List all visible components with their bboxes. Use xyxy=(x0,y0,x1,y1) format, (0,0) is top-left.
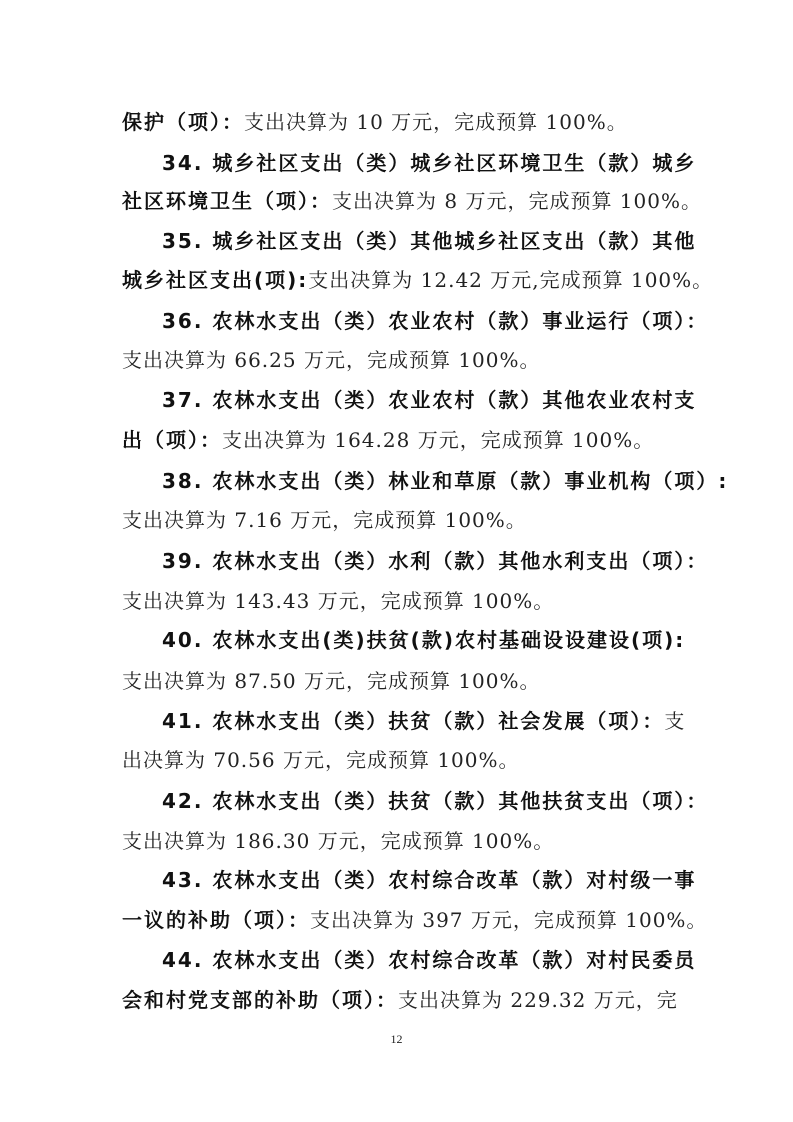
text-line: 支出决算为 143.43 万元，完成预算 100%。 xyxy=(122,589,674,613)
line-normal: 支出决算为 87.50 万元，完成预算 100%。 xyxy=(122,669,541,693)
line-normal: 出决算为 70.56 万元，完成预算 100%。 xyxy=(122,748,520,772)
line-normal: 支出决算为 397 万元，完成预算 100%。 xyxy=(310,908,707,932)
line-normal: 支 xyxy=(664,709,685,733)
line-normal: 支出决算为 164.28 万元，完成预算 100%。 xyxy=(222,428,654,452)
text-line: 支出决算为 186.30 万元，完成预算 100%。 xyxy=(122,829,674,853)
line-normal: 支出决算为 7.16 万元，完成预算 100%。 xyxy=(122,508,527,532)
line-bold: 一议的补助（项）： xyxy=(122,908,310,932)
document-page: 保护（项）：支出决算为 10 万元，完成预算 100%。 34. 城乡社区支出（… xyxy=(0,0,793,1122)
text-line: 保护（项）：支出决算为 10 万元，完成预算 100%。 xyxy=(122,110,674,134)
item-36-heading: 36. 农林水支出（类）农业农村（款）事业运行（项）： xyxy=(162,309,674,333)
line-normal: 支出决算为 10 万元，完成预算 100%。 xyxy=(244,110,628,134)
line-normal: 支出决算为 8 万元，完成预算 100%。 xyxy=(332,189,702,213)
line-bold: 42. 农林水支出（类）扶贫（款）其他扶贫支出（项）： xyxy=(162,789,708,813)
text-line: 支出决算为 87.50 万元，完成预算 100%。 xyxy=(122,669,674,693)
item-37-heading: 37. 农林水支出（类）农业农村（款）其他农业农村支 xyxy=(162,388,674,412)
line-bold: 41. 农林水支出（类）扶贫（款）社会发展（项）： xyxy=(162,709,664,733)
text-line: 一议的补助（项）：支出决算为 397 万元，完成预算 100%。 xyxy=(122,908,674,932)
text-line: 会和村党支部的补助（项）：支出决算为 229.32 万元，完 xyxy=(122,988,674,1012)
line-bold: 出（项）： xyxy=(122,428,222,452)
line-bold: 38. 农林水支出（类）林业和草原（款）事业机构（项）: xyxy=(162,469,728,493)
line-bold: 保护（项）： xyxy=(122,110,244,134)
item-38-heading: 38. 农林水支出（类）林业和草原（款）事业机构（项）: xyxy=(162,469,674,493)
item-42-heading: 42. 农林水支出（类）扶贫（款）其他扶贫支出（项）： xyxy=(162,789,674,813)
line-bold: 社区环境卫生（项）： xyxy=(122,189,332,213)
line-normal: 支出决算为 229.32 万元，完 xyxy=(398,988,678,1012)
item-40-heading: 40. 农林水支出(类)扶贫(款)农村基础设设建设(项): xyxy=(162,628,674,652)
line-bold: 44. 农林水支出（类）农村综合改革（款）对村民委员 xyxy=(162,948,696,972)
text-line: 社区环境卫生（项）：支出决算为 8 万元，完成预算 100%。 xyxy=(122,189,674,213)
line-bold: 会和村党支部的补助（项）： xyxy=(122,988,398,1012)
text-line: 支出决算为 66.25 万元，完成预算 100%。 xyxy=(122,348,674,372)
line-bold: 40. 农林水支出(类)扶贫(款)农村基础设设建设(项): xyxy=(162,628,685,652)
text-line: 城乡社区支出(项):支出决算为 12.42 万元,完成预算 100%。 xyxy=(122,268,674,292)
line-normal: 支出决算为 12.42 万元,完成预算 100%。 xyxy=(308,268,713,292)
text-line: 出（项）：支出决算为 164.28 万元，完成预算 100%。 xyxy=(122,428,674,452)
item-39-heading: 39. 农林水支出（类）水利（款）其他水利支出（项）： xyxy=(162,549,674,573)
line-bold: 37. 农林水支出（类）农业农村（款）其他农业农村支 xyxy=(162,388,696,412)
line-bold: 36. 农林水支出（类）农业农村（款）事业运行（项）： xyxy=(162,309,708,333)
item-41-heading: 41. 农林水支出（类）扶贫（款）社会发展（项）：支 xyxy=(162,709,674,733)
line-normal: 支出决算为 66.25 万元，完成预算 100%。 xyxy=(122,348,541,372)
item-44-heading: 44. 农林水支出（类）农村综合改革（款）对村民委员 xyxy=(162,948,674,972)
line-normal: 支出决算为 143.43 万元，完成预算 100%。 xyxy=(122,589,554,613)
item-43-heading: 43. 农林水支出（类）农村综合改革（款）对村级一事 xyxy=(162,868,674,892)
text-line: 支出决算为 7.16 万元，完成预算 100%。 xyxy=(122,508,674,532)
line-bold: 35. 城乡社区支出（类）其他城乡社区支出（款）其他 xyxy=(162,229,696,253)
text-line: 出决算为 70.56 万元，完成预算 100%。 xyxy=(122,748,674,772)
line-bold: 43. 农林水支出（类）农村综合改革（款）对村级一事 xyxy=(162,868,696,892)
line-bold: 39. 农林水支出（类）水利（款）其他水利支出（项）： xyxy=(162,549,708,573)
item-35-heading: 35. 城乡社区支出（类）其他城乡社区支出（款）其他 xyxy=(162,229,674,253)
item-34-heading: 34. 城乡社区支出（类）城乡社区环境卫生（款）城乡 xyxy=(162,151,674,175)
line-normal: 支出决算为 186.30 万元，完成预算 100%。 xyxy=(122,829,554,853)
line-bold: 34. 城乡社区支出（类）城乡社区环境卫生（款）城乡 xyxy=(162,151,696,175)
page-number: 12 xyxy=(0,1032,793,1047)
line-bold: 城乡社区支出(项): xyxy=(122,268,308,292)
